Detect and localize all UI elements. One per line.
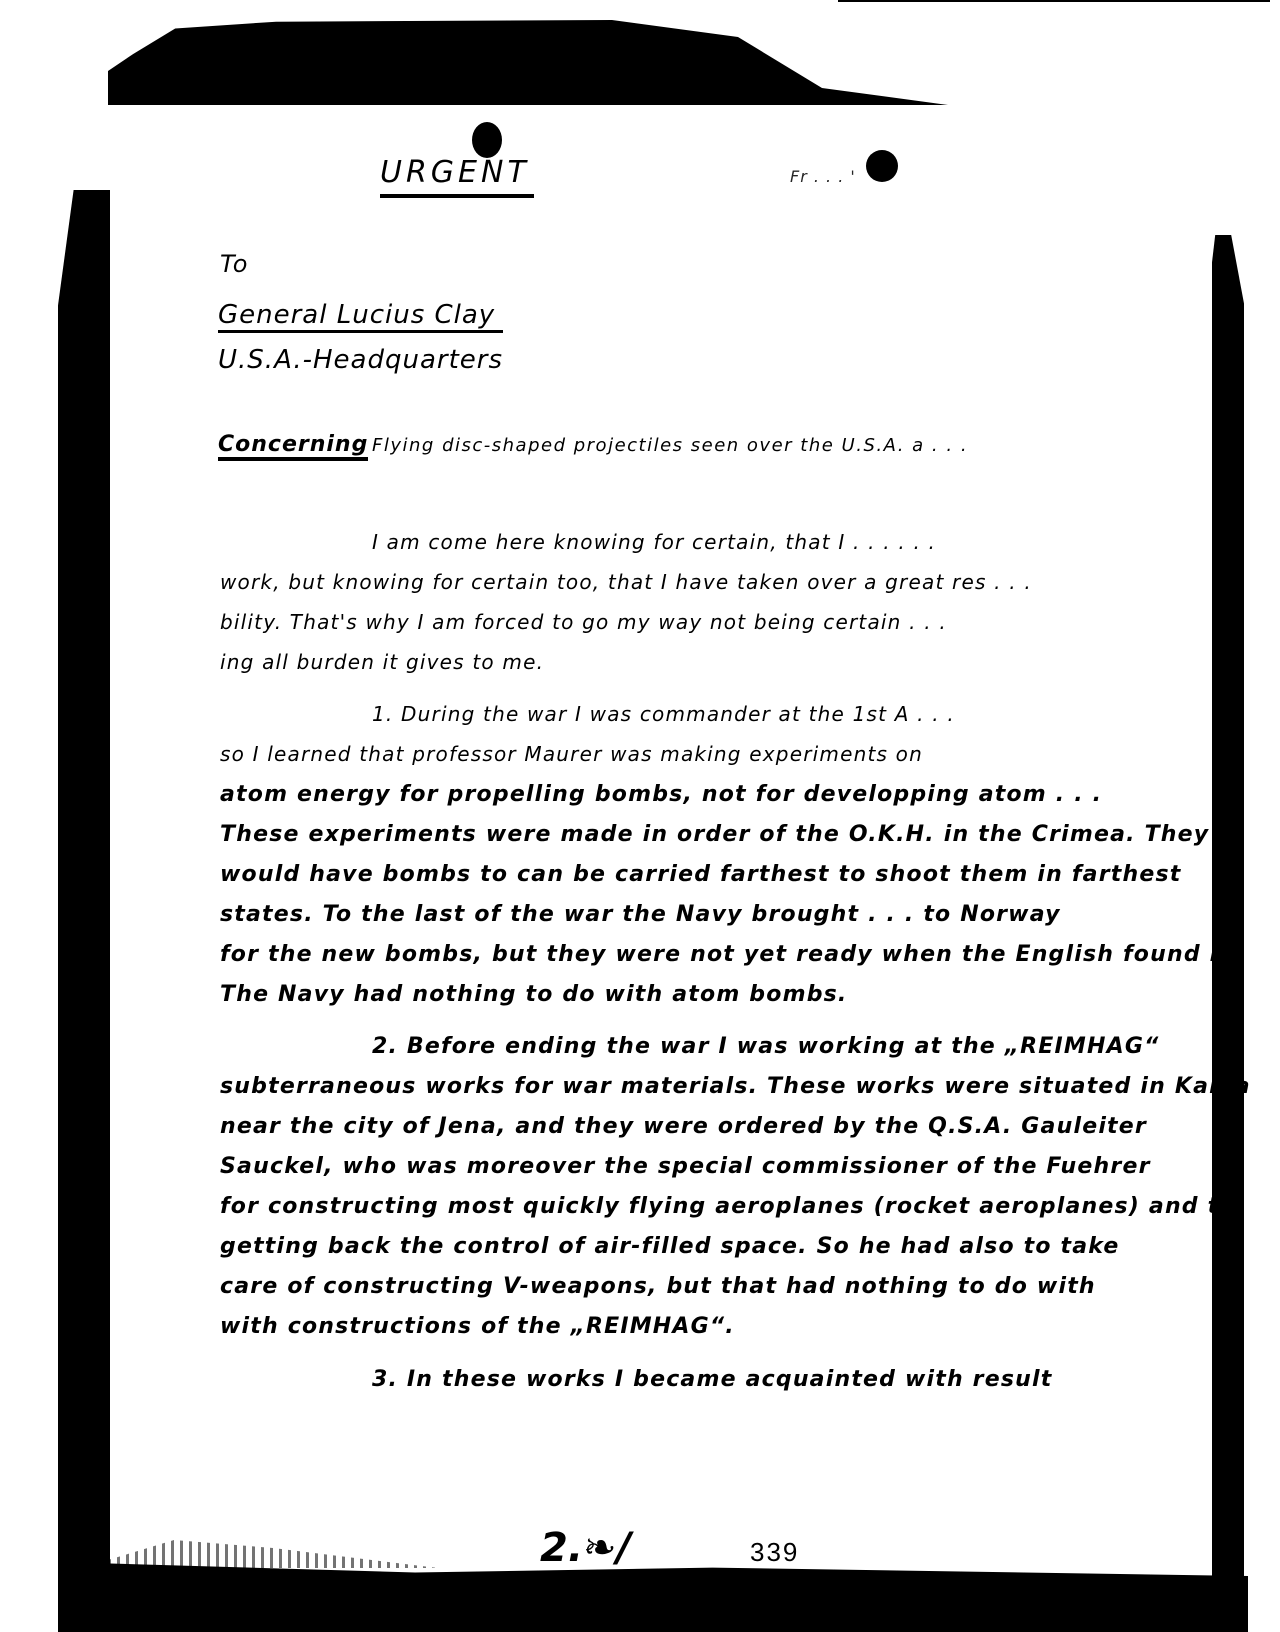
stamp-fragment: Fr . . . ' (790, 167, 856, 186)
urgent-heading: URGENT (380, 155, 534, 198)
body-line: bility. That's why I am forced to go my … (220, 610, 947, 634)
scan-shadow-bottom (58, 1562, 1248, 1632)
body-line: so I learned that professor Maurer was m… (220, 742, 923, 766)
body-line: work, but knowing for certain too, that … (220, 570, 1032, 594)
letter-page: URGENT Fr . . . ' To General Lucius Clay… (110, 105, 1210, 1565)
body-line: subterraneous works for war materials. T… (220, 1074, 1251, 1099)
body-line: ing all burden it gives to me. (220, 650, 544, 674)
body-line: with constructions of the „REIMHAG“. (220, 1314, 735, 1339)
to-label: To (220, 250, 248, 278)
scan-shadow-top (108, 20, 948, 105)
subject-label: Concerning (218, 432, 368, 461)
body-line: care of constructing V-weapons, but that… (220, 1274, 1096, 1299)
body-line: 3. In these works I became acquainted wi… (372, 1367, 1052, 1392)
body-line: for constructing most quickly flying aer… (220, 1194, 1236, 1219)
subject-text: Flying disc-shaped projectiles seen over… (372, 435, 968, 456)
body-line: 2. Before ending the war I was working a… (372, 1034, 1159, 1059)
scan-shadow-left (58, 190, 110, 1632)
folio-mark: 2.❧/ (540, 1525, 631, 1571)
body-line: The Navy had nothing to do with atom bom… (220, 982, 848, 1007)
body-line: atom energy for propelling bombs, not fo… (220, 782, 1102, 807)
body-line: I am come here knowing for certain, that… (372, 530, 936, 554)
page-number: 339 (750, 1537, 799, 1568)
body-line: would have bombs to can be carried farth… (220, 862, 1181, 887)
addressee-name: General Lucius Clay (218, 300, 503, 333)
scan-top-rule (838, 0, 1270, 2)
body-line: near the city of Jena, and they were ord… (220, 1114, 1147, 1139)
body-line: These experiments were made in order of … (220, 822, 1209, 847)
body-line: states. To the last of the war the Navy … (220, 902, 1061, 927)
addressee-office: U.S.A.-Headquarters (218, 345, 503, 375)
body-line: getting back the control of air-filled s… (220, 1234, 1119, 1259)
scan-shadow-right (1212, 235, 1244, 1605)
body-line: Sauckel, who was moreover the special co… (220, 1154, 1151, 1179)
body-line: for the new bombs, but they were not yet… (220, 942, 1240, 967)
body-line: 1. During the war I was commander at the… (372, 702, 955, 726)
